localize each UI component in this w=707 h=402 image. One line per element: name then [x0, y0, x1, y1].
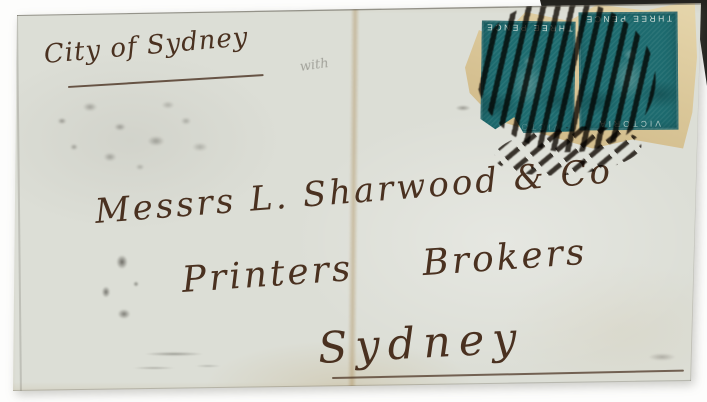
routing-endorsement: City of Sydney	[43, 22, 250, 70]
ink-smudge-lower-left	[92, 250, 152, 328]
pencil-marks	[112, 336, 252, 378]
address-line-2: Printers Brokers	[181, 232, 589, 301]
paper-edge-left	[16, 15, 21, 392]
cover-photo: with City of Sydney Messrs L. Sharwood &…	[0, 0, 707, 402]
letter-cover: with City of Sydney Messrs L. Sharwood &…	[0, 0, 707, 402]
pencil-note: with	[299, 56, 330, 75]
address-line-3: Sydney	[317, 313, 526, 374]
sydney-underline-flourish	[332, 370, 684, 379]
small-ink-mark	[448, 100, 478, 116]
cover-wrap: with City of Sydney Messrs L. Sharwood &…	[0, 0, 707, 402]
expert-mark	[641, 350, 683, 364]
ink-smudge-upper-left	[48, 85, 223, 185]
